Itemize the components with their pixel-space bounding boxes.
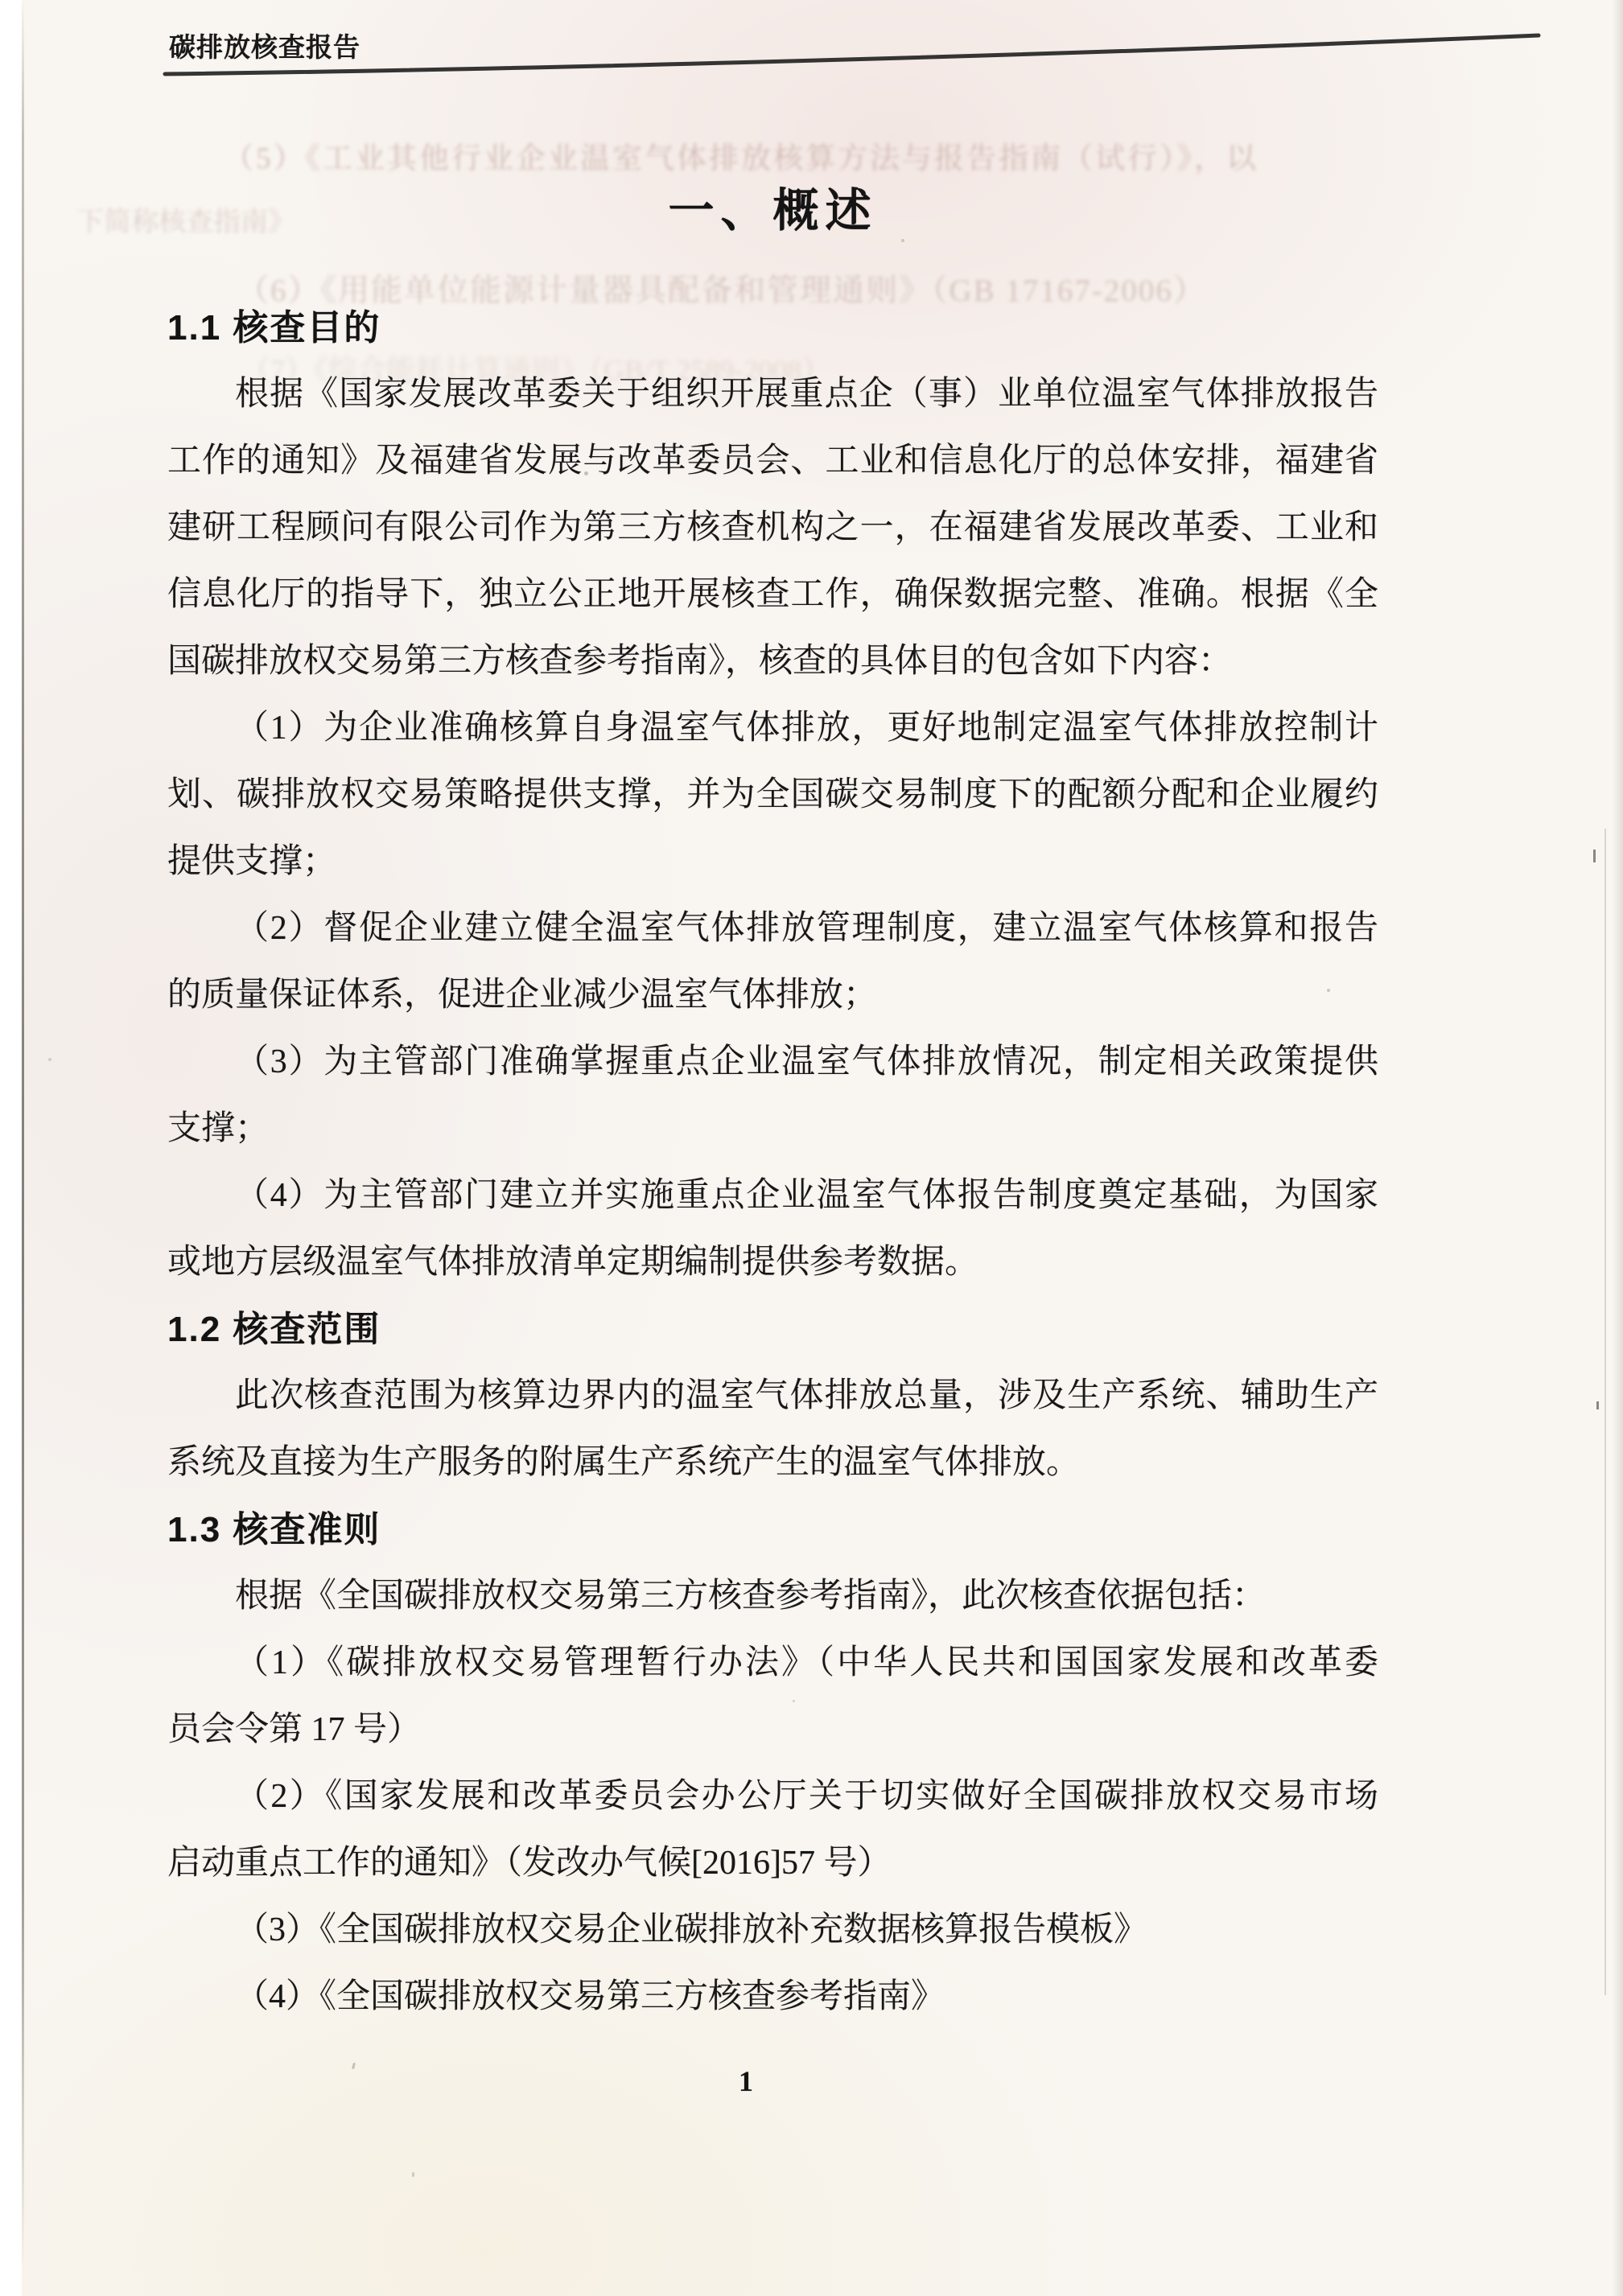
paper-speck (412, 2172, 414, 2177)
paper-speck (1327, 989, 1330, 992)
section-heading: 1.1 核查目的 (167, 294, 1378, 361)
page-number: 1 (739, 2064, 753, 2098)
scan-right-shade (1612, 0, 1623, 2296)
scan-left-margin (0, 0, 22, 2296)
bleedthrough-line: （5）《工业其他行业企业温室气体排放核算方法与报告指南（试行）》，以 (224, 134, 1258, 177)
body-text-line: 工作的通知》及福建省发展与改革委员会、工业和信息化厅的总体安排，福建省 (167, 428, 1378, 495)
body-text-line: （4）《全国碳排放权交易第三方核查参考指南》 (167, 1964, 1378, 2031)
paper-speck (793, 1700, 795, 1702)
body-text-line: 国碳排放权交易第三方核查参考指南》，核查的具体目的包含如下内容： (167, 628, 1378, 695)
body-text-line: （2）督促企业建立健全温室气体排放管理制度，建立温室气体核算和报告 (167, 895, 1378, 962)
scan-left-edge-line (22, 0, 24, 2296)
scan-speck (1593, 850, 1596, 862)
body-text-line: 根据《国家发展改革委关于组织开展重点企（事）业单位温室气体排放报告 (167, 361, 1378, 428)
paper-speck (48, 1058, 51, 1061)
body-text-line: 划、碳排放权交易策略提供支撑，并为全国碳交易制度下的配额分配和企业履约 (167, 762, 1378, 829)
section-heading: 1.3 核查准则 (167, 1496, 1378, 1563)
body-text-line: 启动重点工作的通知》（发改办气候[2016]57 号） (167, 1830, 1378, 1897)
body-text-line: 提供支撑； (167, 829, 1378, 895)
paper-speck (901, 239, 904, 242)
body-text-line: 此次核查范围为核算边界内的温室气体排放总量，涉及生产系统、辅助生产 (167, 1363, 1378, 1430)
section-title: 一、概述 (167, 174, 1378, 240)
paper-speck (584, 471, 588, 475)
body-text-line: （1）《碳排放权交易管理暂行办法》（中华人民共和国国家发展和改革委 (167, 1630, 1378, 1697)
body-text-line: 系统及直接为生产服务的附属生产系统产生的温室气体排放。 (167, 1430, 1378, 1496)
header-rule (0, 0, 1623, 105)
paper-crease-line (1604, 829, 1606, 1995)
document-body: 1.1 核查目的根据《国家发展改革委关于组织开展重点企（事）业单位温室气体排放报… (167, 294, 1378, 2031)
body-text-line: （4）为主管部门建立并实施重点企业温室气体报告制度奠定基础，为国家 (167, 1162, 1378, 1229)
body-text-line: 根据《全国碳排放权交易第三方核查参考指南》，此次核查依据包括： (167, 1563, 1378, 1630)
body-text-line: （1）为企业准确核算自身温室气体排放，更好地制定温室气体排放控制计 (167, 695, 1378, 762)
scanned-document-page: 碳排放核查报告 （5）《工业其他行业企业温室气体排放核算方法与报告指南（试行）》… (0, 0, 1623, 2296)
body-text-line: 的质量保证体系，促进企业减少温室气体排放； (167, 962, 1378, 1029)
section-heading: 1.2 核查范围 (167, 1296, 1378, 1363)
body-text-line: 或地方层级温室气体排放清单定期编制提供参考数据。 (167, 1229, 1378, 1296)
body-text-line: （2）《国家发展和改革委员会办公厅关于切实做好全国碳排放权交易市场 (167, 1763, 1378, 1830)
body-text-line: 员会令第 17 号） (167, 1697, 1378, 1763)
body-text-line: 信息化厅的指导下，独立公正地开展核查工作，确保数据完整、准确。根据《全 (167, 562, 1378, 628)
paper-speck (352, 2063, 356, 2070)
body-text-line: 支撑； (167, 1096, 1378, 1162)
body-text-line: （3）《全国碳排放权交易企业碳排放补充数据核算报告模板》 (167, 1897, 1378, 1964)
body-text-line: 建研工程顾问有限公司作为第三方核查机构之一，在福建省发展改革委、工业和 (167, 495, 1378, 562)
scan-speck (1596, 1401, 1599, 1409)
body-text-line: （3）为主管部门准确掌握重点企业温室气体排放情况，制定相关政策提供 (167, 1029, 1378, 1096)
